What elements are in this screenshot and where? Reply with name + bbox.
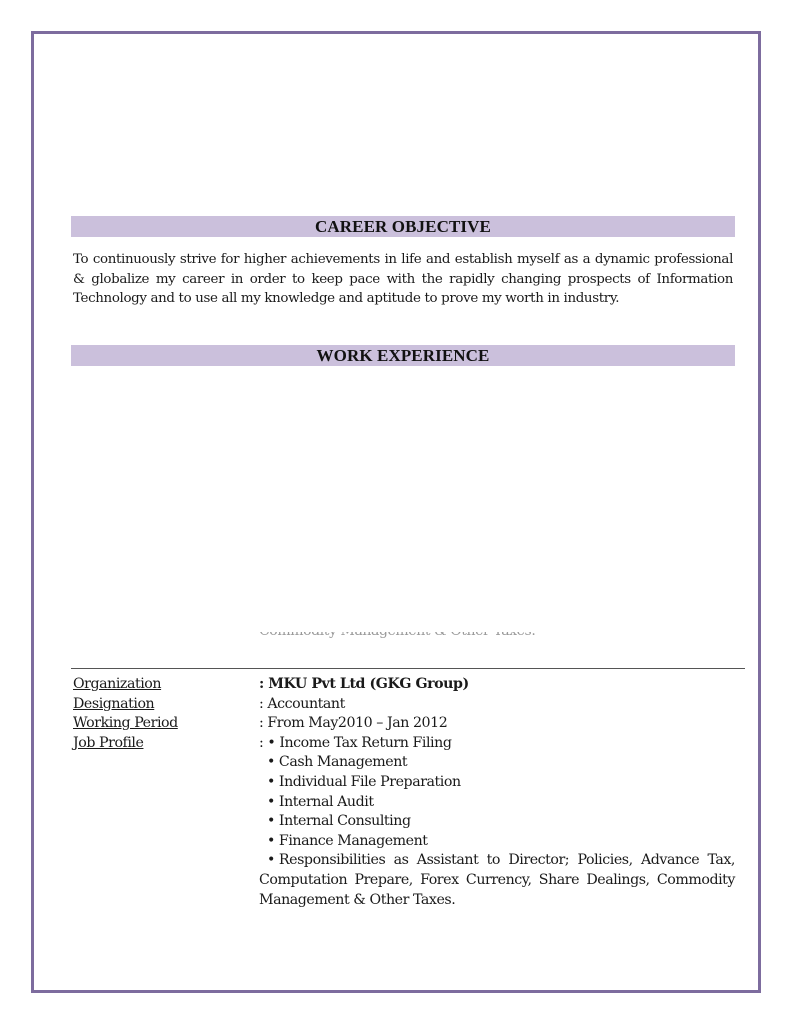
career-objective-text: To continuously strive for higher achiev…	[73, 250, 733, 309]
organization-row: Organization : MKU Pvt Ltd (GKG Group)	[73, 675, 735, 695]
horizontal-divider	[71, 668, 745, 669]
work-experience-entry: Organization : MKU Pvt Ltd (GKG Group) D…	[73, 675, 735, 910]
job-profile-item: •Internal Consulting	[259, 812, 735, 832]
designation-label: Designation	[73, 695, 259, 715]
designation-row: Designation : Accountant	[73, 695, 735, 715]
bullet-icon: •	[267, 754, 275, 770]
bullet-icon: •	[267, 833, 275, 849]
bullet-icon: •	[267, 813, 275, 829]
job-profile-label: Job Profile	[73, 734, 259, 754]
job-profile-first-item: : •Income Tax Return Filing	[259, 734, 735, 754]
job-profile-item-text: Internal Audit	[279, 794, 374, 810]
working-period-row: Working Period : From May2010 – Jan 2012	[73, 714, 735, 734]
working-period-label: Working Period	[73, 714, 259, 734]
job-profile-item-text: Finance Management	[279, 833, 428, 849]
job-profile-row: Job Profile : •Income Tax Return Filing	[73, 734, 735, 754]
job-profile-item: Income Tax Return Filing	[279, 735, 451, 751]
bullet-icon: •	[267, 774, 275, 790]
bullet-icon: •	[267, 794, 275, 810]
working-period-value: : From May2010 – Jan 2012	[259, 714, 735, 734]
job-profile-item: •Cash Management	[259, 753, 735, 773]
job-profile-item-text: Responsibilities as Assistant to Directo…	[259, 852, 735, 907]
job-profile-list: •Cash Management •Individual File Prepar…	[259, 753, 735, 910]
job-profile-item: •Individual File Preparation	[259, 773, 735, 793]
bullet-icon: •	[267, 735, 275, 751]
clipped-text: Commodity Management & Other Taxes.	[259, 632, 535, 639]
job-profile-item-text: Internal Consulting	[279, 813, 411, 829]
job-profile-item: •Responsibilities as Assistant to Direct…	[259, 851, 735, 910]
organization-label: Organization	[73, 675, 259, 695]
job-profile-item: •Internal Audit	[259, 793, 735, 813]
designation-value: : Accountant	[259, 695, 735, 715]
job-profile-item-text: Cash Management	[279, 754, 407, 770]
career-objective-heading: CAREER OBJECTIVE	[71, 216, 735, 237]
job-profile-item-text: Individual File Preparation	[279, 774, 461, 790]
work-experience-heading: WORK EXPERIENCE	[71, 345, 735, 366]
clipped-text-fragment: Commodity Management & Other Taxes.	[259, 632, 559, 648]
bullet-icon: •	[267, 852, 275, 868]
organization-value: : MKU Pvt Ltd (GKG Group)	[259, 675, 735, 695]
job-profile-item: •Finance Management	[259, 832, 735, 852]
